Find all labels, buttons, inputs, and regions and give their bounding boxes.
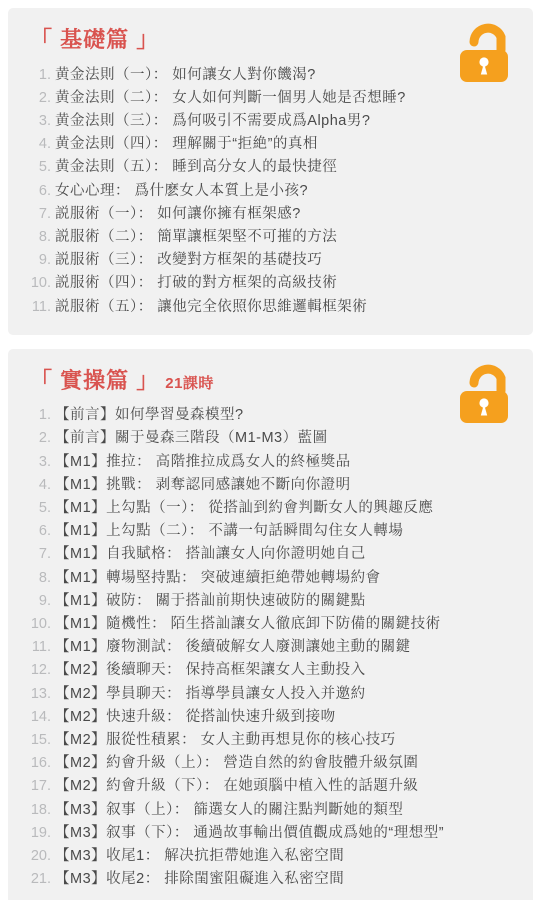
- lesson-title: 黄金法則（四）： 理解關于“拒絶”的真相: [55, 133, 318, 156]
- lesson-title: 【M3】叙事（上）： 篩選女人的關注點判斷她的類型: [55, 799, 403, 822]
- lesson-title: 【前言】如何學習曼森模型?: [55, 404, 244, 427]
- lesson-number: 6.: [24, 180, 51, 203]
- lesson-title: 【M3】收尾2： 排除閨蜜阻礙進入私密空間: [55, 868, 344, 891]
- lesson-number: 12.: [24, 659, 51, 682]
- lesson-list-practice: 1. 【前言】如何學習曼森模型? 2. 【前言】關于曼森三階段（M1-M3）藍圖…: [24, 404, 515, 891]
- lesson-row[interactable]: 1. 黄金法則（一）： 如何讓女人對你饑渴?: [24, 64, 515, 87]
- section-header: 「 基礎篇 」: [30, 26, 515, 54]
- lesson-title: 【前言】關于曼森三階段（M1-M3）藍圖: [55, 427, 328, 450]
- lesson-row[interactable]: 10. 説服術（四）： 打破的對方框架的高級技術: [24, 272, 515, 295]
- lesson-title: 【M1】隨機性： 陌生搭訕讓女人徹底卸下防備的關鍵技術: [55, 613, 441, 636]
- lesson-number: 4.: [24, 133, 51, 156]
- section-header: 「 實操篇 」 21課時: [30, 367, 515, 395]
- lesson-number: 11.: [24, 296, 51, 319]
- lesson-number: 1.: [24, 64, 51, 87]
- lesson-title: 【M2】約會升級（下）： 在她頭腦中植入性的話題升級: [55, 775, 418, 798]
- lesson-number: 17.: [24, 775, 51, 798]
- unlock-icon[interactable]: [457, 20, 511, 86]
- lesson-title: 【M3】叙事（下）： 通過故事輸出價值觀成爲她的“理想型”: [55, 822, 444, 845]
- lesson-row[interactable]: 3. 【M1】推拉： 高階推拉成爲女人的終極獎品: [24, 451, 515, 474]
- lesson-row[interactable]: 14. 【M2】快速升級： 從搭訕快速升級到接吻: [24, 706, 515, 729]
- lesson-number: 3.: [24, 110, 51, 133]
- lesson-title: 黄金法則（一）： 如何讓女人對你饑渴?: [55, 64, 316, 87]
- lesson-number: 16.: [24, 752, 51, 775]
- lesson-number: 5.: [24, 497, 51, 520]
- lesson-row[interactable]: 21. 【M3】收尾2： 排除閨蜜阻礙進入私密空間: [24, 868, 515, 891]
- lesson-row[interactable]: 12. 【M2】後續聊天： 保持高框架讓女人主動投入: [24, 659, 515, 682]
- lesson-row[interactable]: 9. 【M1】破防： 關于搭訕前期快速破防的關鍵點: [24, 590, 515, 613]
- lesson-row[interactable]: 3. 黄金法則（三）： 爲何吸引不需要成爲Alpha男?: [24, 110, 515, 133]
- lesson-row[interactable]: 7. 説服術（一）： 如何讓你擁有框架感?: [24, 203, 515, 226]
- lesson-number: 1.: [24, 404, 51, 427]
- section-basics-card: 「 基礎篇 」 1. 黄金法則（一）： 如何讓女人對你饑渴? 2. 黄金法: [8, 8, 533, 335]
- lesson-row[interactable]: 5. 【M1】上勾點（一）： 從搭訕到約會判斷女人的興趣反應: [24, 497, 515, 520]
- lesson-number: 5.: [24, 156, 51, 179]
- lesson-row[interactable]: 20. 【M3】收尾1： 解决抗拒帶她進入私密空間: [24, 845, 515, 868]
- lesson-title: 黄金法則（二）： 女人如何判斷一個男人她是否想睡?: [55, 87, 406, 110]
- lesson-row[interactable]: 8. 説服術（二）： 簡單讓框架堅不可摧的方法: [24, 226, 515, 249]
- lesson-row[interactable]: 2. 【前言】關于曼森三階段（M1-M3）藍圖: [24, 427, 515, 450]
- lesson-row[interactable]: 13. 【M2】學員聊天： 指導學員讓女人投入并邀約: [24, 683, 515, 706]
- lesson-title: 黄金法則（三）： 爲何吸引不需要成爲Alpha男?: [55, 110, 370, 133]
- section-subtitle: 21課時: [165, 372, 214, 393]
- lesson-number: 7.: [24, 543, 51, 566]
- lesson-title: 説服術（四）： 打破的對方框架的高級技術: [55, 272, 337, 295]
- lesson-row[interactable]: 4. 【M1】挑戰： 剥奪認同感讓她不斷向你證明: [24, 474, 515, 497]
- lesson-list-basics: 1. 黄金法則（一）： 如何讓女人對你饑渴? 2. 黄金法則（二）： 女人如何判…: [24, 64, 515, 319]
- lesson-number: 3.: [24, 451, 51, 474]
- lesson-number: 19.: [24, 822, 51, 845]
- lesson-row[interactable]: 19. 【M3】叙事（下）： 通過故事輸出價值觀成爲她的“理想型”: [24, 822, 515, 845]
- lesson-row[interactable]: 8. 【M1】轉場堅持點： 突破連續拒絶帶她轉場約會: [24, 567, 515, 590]
- lesson-title: 【M2】學員聊天： 指導學員讓女人投入并邀約: [55, 683, 366, 706]
- lesson-number: 8.: [24, 567, 51, 590]
- lesson-title: 【M1】上勾點（一）： 從搭訕到約會判斷女人的興趣反應: [55, 497, 433, 520]
- lesson-title: 女心心理： 爲什麽女人本質上是小孩?: [55, 180, 308, 203]
- lesson-title: 【M1】推拉： 高階推拉成爲女人的終極獎品: [55, 451, 351, 474]
- lesson-number: 10.: [24, 613, 51, 636]
- lesson-number: 11.: [24, 636, 51, 659]
- lesson-title: 黄金法則（五）： 睡到高分女人的最快捷徑: [55, 156, 337, 179]
- lesson-number: 2.: [24, 427, 51, 450]
- lesson-row[interactable]: 4. 黄金法則（四）： 理解關于“拒絶”的真相: [24, 133, 515, 156]
- lesson-number: 2.: [24, 87, 51, 110]
- lesson-number: 8.: [24, 226, 51, 249]
- lesson-number: 13.: [24, 683, 51, 706]
- lesson-title: 【M1】破防： 關于搭訕前期快速破防的關鍵點: [55, 590, 366, 613]
- lesson-row[interactable]: 2. 黄金法則（二）： 女人如何判斷一個男人她是否想睡?: [24, 87, 515, 110]
- lesson-row[interactable]: 18. 【M3】叙事（上）： 篩選女人的關注點判斷她的類型: [24, 799, 515, 822]
- lesson-row[interactable]: 6. 【M1】上勾點（二）： 不講一句話瞬間勾住女人轉場: [24, 520, 515, 543]
- lesson-title: 説服術（二）： 簡單讓框架堅不可摧的方法: [55, 226, 337, 249]
- lesson-title: 【M1】轉場堅持點： 突破連續拒絶帶她轉場約會: [55, 567, 381, 590]
- lesson-number: 9.: [24, 249, 51, 272]
- lesson-title: 説服術（三）： 改變對方框架的基礎技巧: [55, 249, 322, 272]
- course-catalog-page: 「 基礎篇 」 1. 黄金法則（一）： 如何讓女人對你饑渴? 2. 黄金法: [0, 0, 533, 900]
- lesson-title: 説服術（一）： 如何讓你擁有框架感?: [55, 203, 301, 226]
- lesson-title: 【M1】上勾點（二）： 不講一句話瞬間勾住女人轉場: [55, 520, 403, 543]
- lesson-number: 4.: [24, 474, 51, 497]
- lesson-row[interactable]: 6. 女心心理： 爲什麽女人本質上是小孩?: [24, 180, 515, 203]
- lesson-title: 【M2】快速升級： 從搭訕快速升級到接吻: [55, 706, 336, 729]
- lesson-row[interactable]: 1. 【前言】如何學習曼森模型?: [24, 404, 515, 427]
- section-title: 「 基礎篇 」: [30, 26, 159, 54]
- lesson-number: 14.: [24, 706, 51, 729]
- lesson-title: 説服術（五）： 讓他完全依照你思維邏輯框架術: [55, 296, 367, 319]
- lesson-number: 15.: [24, 729, 51, 752]
- lesson-title: 【M3】收尾1： 解决抗拒帶她進入私密空間: [55, 845, 344, 868]
- section-title: 「 實操篇 」: [30, 367, 159, 395]
- lesson-title: 【M2】約會升級（上）： 營造自然的約會肢體升級氛圍: [55, 752, 418, 775]
- lesson-row[interactable]: 16. 【M2】約會升級（上）： 營造自然的約會肢體升級氛圍: [24, 752, 515, 775]
- section-practice-card: 「 實操篇 」 21課時 1. 【前言】如何學習曼森模型? 2. 【前言】關: [8, 349, 533, 900]
- lesson-row[interactable]: 5. 黄金法則（五）： 睡到高分女人的最快捷徑: [24, 156, 515, 179]
- lesson-title: 【M1】廢物測試： 後續破解女人廢測讓她主動的關鍵: [55, 636, 411, 659]
- lesson-number: 7.: [24, 203, 51, 226]
- lesson-number: 20.: [24, 845, 51, 868]
- lesson-title: 【M2】服從性積累： 女人主動再想見你的核心技巧: [55, 729, 396, 752]
- lesson-row[interactable]: 17. 【M2】約會升級（下）： 在她頭腦中植入性的話題升級: [24, 775, 515, 798]
- lesson-row[interactable]: 7. 【M1】自我賦格： 搭訕讓女人向你證明她自己: [24, 543, 515, 566]
- lesson-number: 6.: [24, 520, 51, 543]
- lesson-row[interactable]: 15. 【M2】服從性積累： 女人主動再想見你的核心技巧: [24, 729, 515, 752]
- lesson-number: 21.: [24, 868, 51, 891]
- lesson-title: 【M1】自我賦格： 搭訕讓女人向你證明她自己: [55, 543, 366, 566]
- lesson-row[interactable]: 11. 【M1】廢物測試： 後續破解女人廢測讓她主動的關鍵: [24, 636, 515, 659]
- lesson-title: 【M2】後續聊天： 保持高框架讓女人主動投入: [55, 659, 366, 682]
- lesson-title: 【M1】挑戰： 剥奪認同感讓她不斷向你證明: [55, 474, 351, 497]
- lesson-row[interactable]: 10. 【M1】隨機性： 陌生搭訕讓女人徹底卸下防備的關鍵技術: [24, 613, 515, 636]
- lesson-row[interactable]: 11. 説服術（五）： 讓他完全依照你思維邏輯框架術: [24, 296, 515, 319]
- unlock-icon[interactable]: [457, 361, 511, 427]
- lesson-number: 9.: [24, 590, 51, 613]
- lesson-number: 18.: [24, 799, 51, 822]
- lesson-row[interactable]: 9. 説服術（三）： 改變對方框架的基礎技巧: [24, 249, 515, 272]
- lesson-number: 10.: [24, 272, 51, 295]
